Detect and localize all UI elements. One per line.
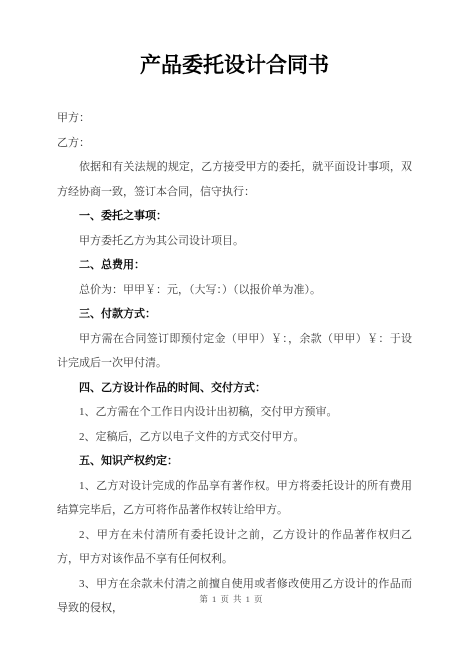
contract-page: 产品委托设计合同书 甲方： 乙方： 依据和有关法规的规定，乙方接受甲方的委托，就…	[0, 0, 463, 655]
document-title: 产品委托设计合同书	[57, 52, 412, 80]
preamble-paragraph: 依据和有关法规的规定，乙方接受甲方的委托，就平面设计事项，双方经协商一致，签订本…	[57, 155, 412, 204]
section-3-heading: 三、付款方式：	[57, 302, 412, 327]
section-1-paragraph: 甲方委托乙方为其公司设计项目。	[57, 229, 412, 254]
party-b-label: 乙方：	[57, 131, 412, 156]
section-5-item-2: 2、甲方在未付清所有委托设计之前，乙方设计的作品著作权归乙方，甲方对该作品不享有…	[57, 523, 412, 572]
page-number-footer: 第 1 页 共 1 页	[0, 593, 463, 605]
section-2-paragraph: 总价为：甲甲￥：元，（大写：）（以报价单为准）。	[57, 278, 412, 303]
section-4-item-1: 1、乙方需在个工作日内设计出初稿，交付甲方预审。	[57, 400, 412, 425]
section-4-item-2: 2、定稿后，乙方以电子文件的方式交付甲方。	[57, 425, 412, 450]
section-4-heading: 四、乙方设计作品的时间、交付方式：	[57, 376, 412, 401]
section-5-item-1: 1、乙方对设计完成的作品享有著作权。甲方将委托设计的所有费用结算完毕后，乙方可将…	[57, 474, 412, 523]
section-1-heading: 一、委托之事项：	[57, 204, 412, 229]
party-a-label: 甲方：	[57, 106, 412, 131]
section-2-heading: 二、总费用：	[57, 253, 412, 278]
section-3-paragraph: 甲方需在合同签订即预付定金（甲甲）￥：，余款（甲甲）￥：于设计完成后一次甲付清。	[57, 327, 412, 376]
section-5-heading: 五、知识产权约定：	[57, 449, 412, 474]
